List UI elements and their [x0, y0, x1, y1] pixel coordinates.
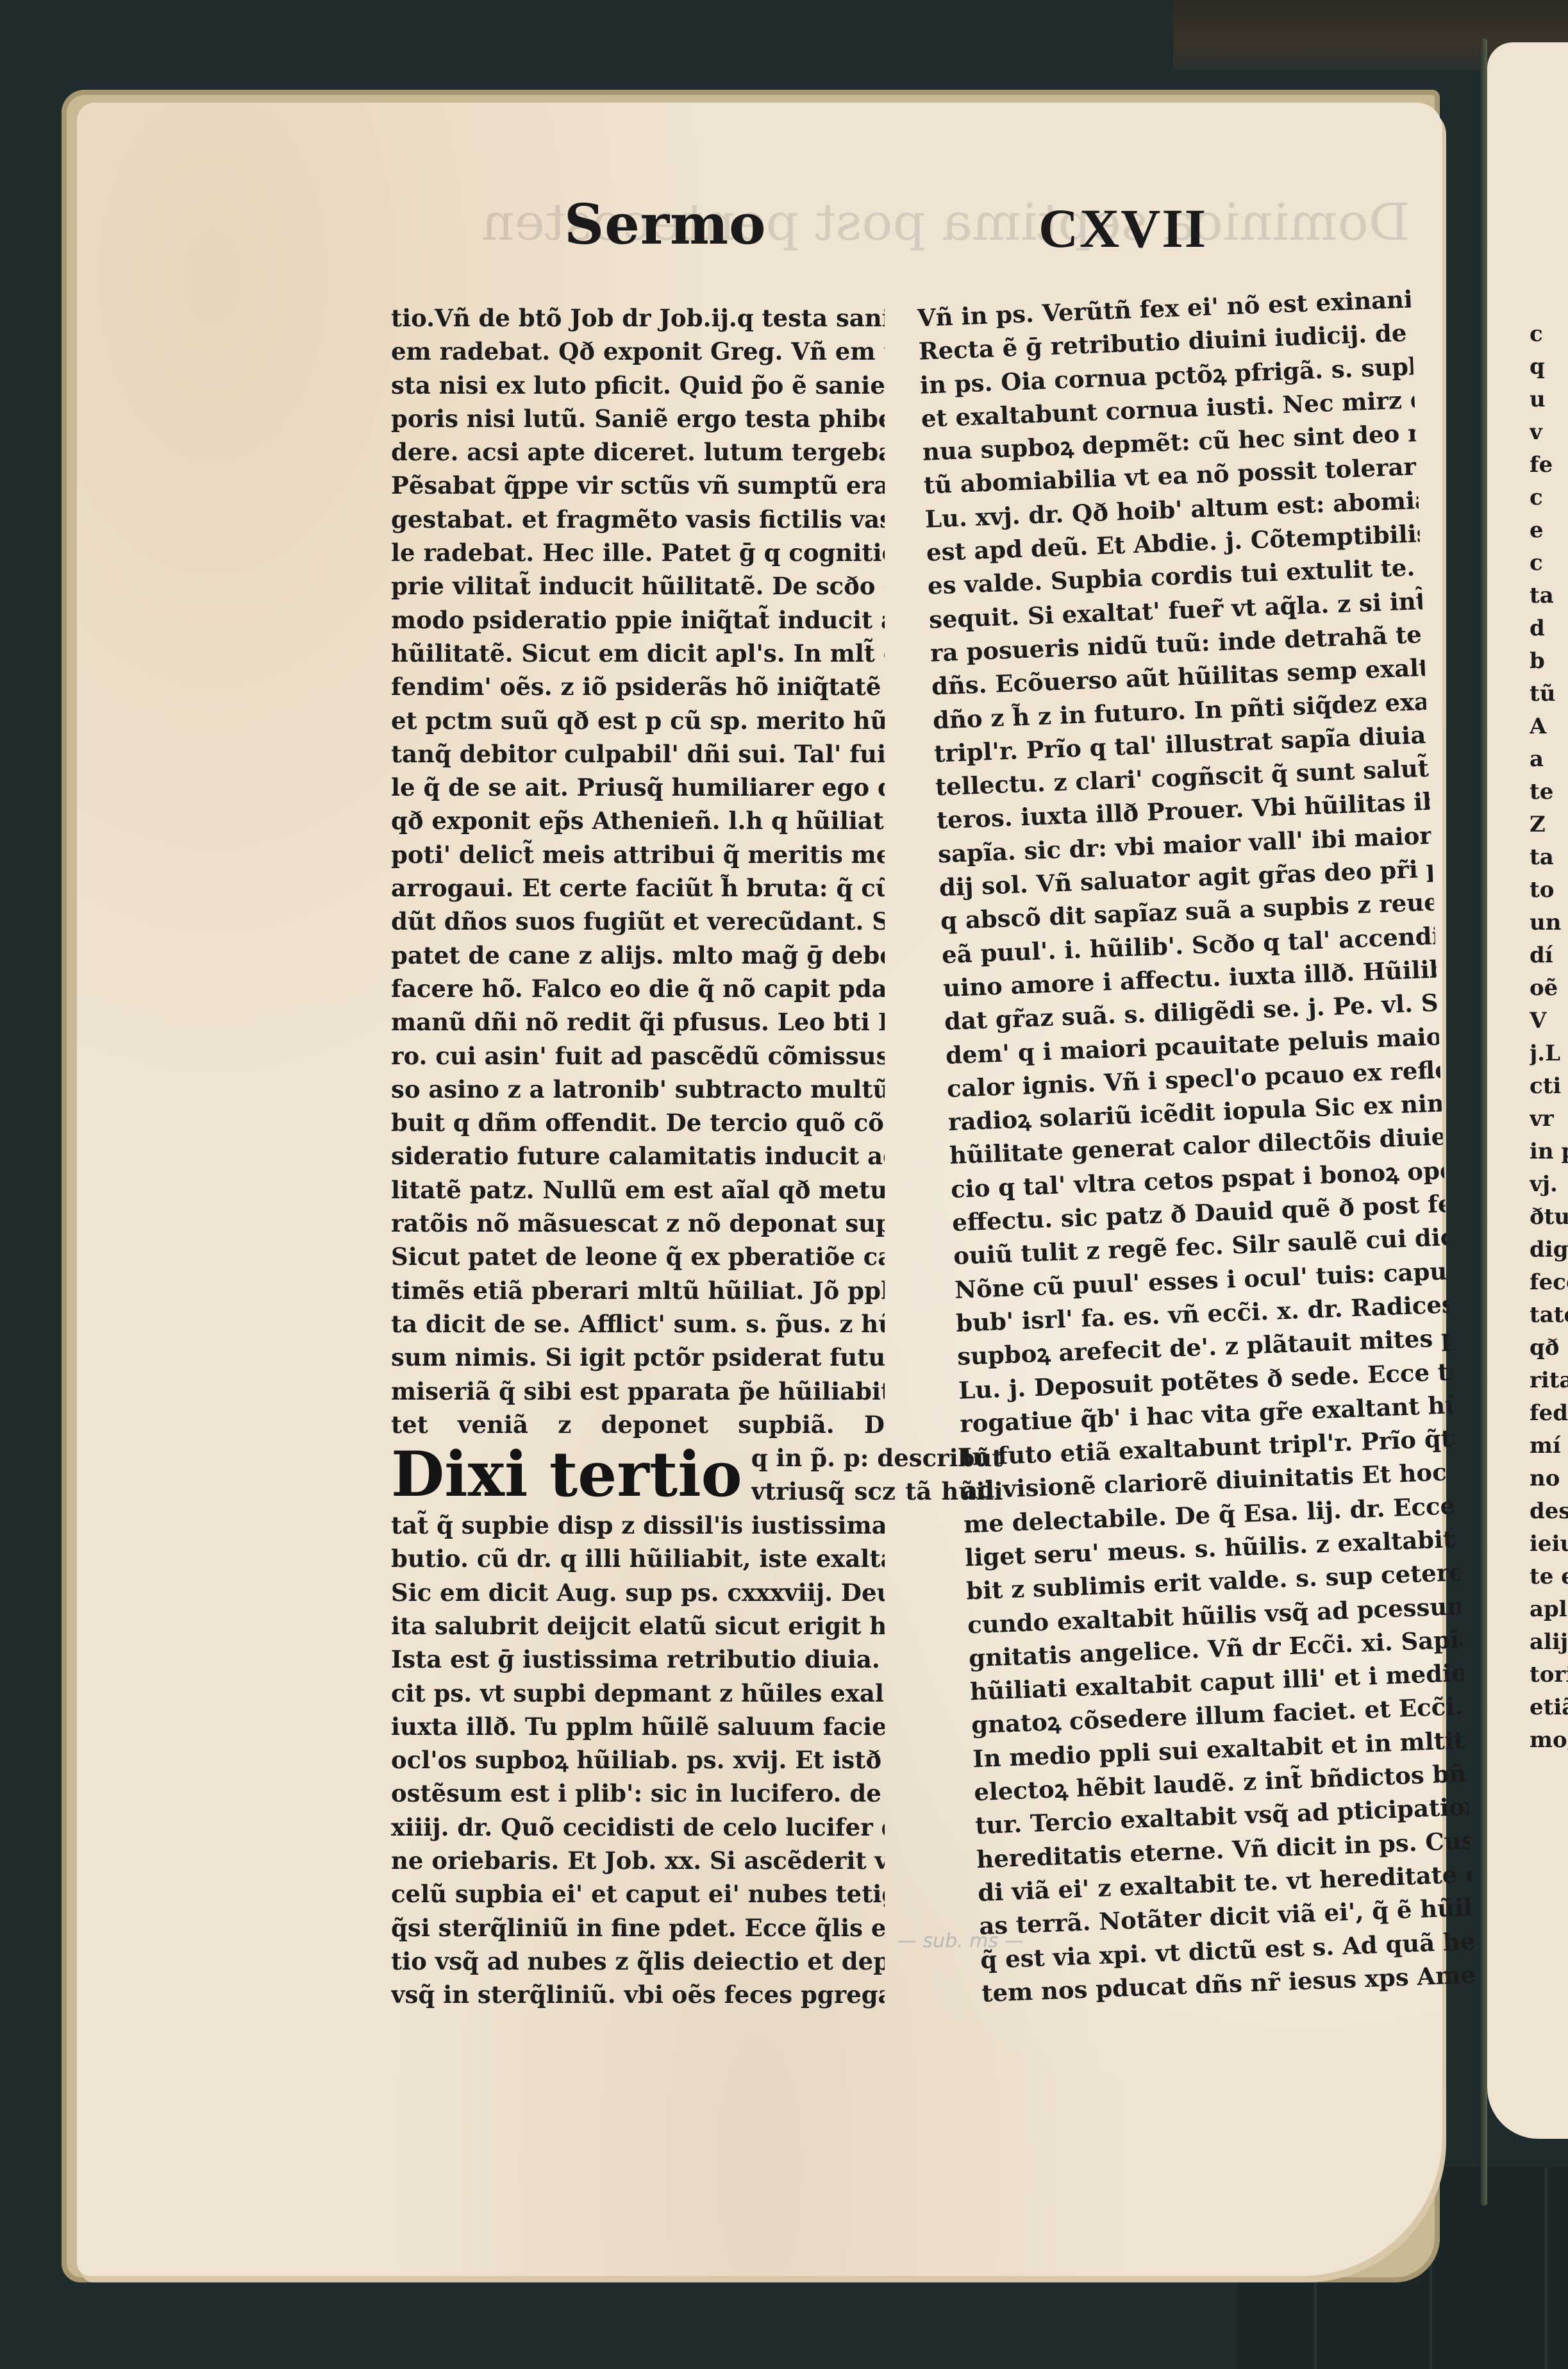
text-line: ðtu [1530, 1201, 1568, 1234]
text-line: vr [1530, 1103, 1568, 1135]
text-line: ta [1530, 841, 1568, 874]
text-line: te e [1530, 1561, 1568, 1593]
folio-number: CXVII [1038, 196, 1207, 260]
text-line: arrogaui. Et certe faciũt h̃ bruta: q̃ c… [391, 871, 885, 905]
left-column-lines-before-initial: tio.Vñ de btõ Job dr Job.ij.q testa sani… [391, 301, 885, 1441]
text-line: prie vilitat̃ inducit hũilitatẽ. De scðo… [391, 569, 885, 603]
text-line: ita salubrit deijcit elatũ sicut erigit … [391, 1609, 885, 1643]
text-line: le radebat. Hec ille. Patet ḡ q cognitio… [391, 536, 885, 569]
text-line: modo psideratio ppie iniq̃tat̃ inducit a… [391, 603, 885, 637]
text-line: patet de cane z alijs. mlto mag̃ ḡ debet… [391, 939, 885, 972]
text-line: buit q dñm offendit. De tercio quõ cõ- [391, 1106, 885, 1139]
text-line: celũ supbia ei' et caput ei' nubes tetig… [391, 1877, 885, 1911]
text-line: tet veniã z deponet supbiã. D [391, 1408, 885, 1441]
text-line: te [1530, 776, 1568, 808]
decorated-initial-heading: Dixi tertio [391, 1441, 742, 1508]
text-line: c [1530, 481, 1568, 514]
running-head: Sermo CXVII [564, 192, 1205, 263]
text-line: fe [1530, 449, 1568, 481]
running-head-title: Sermo [564, 192, 767, 257]
text-line: Ista est ḡ iustissima retributio diuia. … [391, 1643, 885, 1676]
text-line: fecc [1530, 1266, 1568, 1299]
pencil-marginal-note: — sub. ms — [897, 1930, 1024, 1952]
text-line: ieiu [1530, 1528, 1568, 1561]
text-line: sum nimis. Si igit pctõr psiderat futura… [391, 1341, 885, 1374]
text-line: Pẽsabat q̃ppe vir sctũs vñ sumptũ erat q… [391, 469, 885, 502]
text-line: ostẽsum est i plib': sic in lucifero. de… [391, 1777, 885, 1810]
text-line: gestabat. et fragmẽto vasis fictilis vas… [391, 503, 885, 536]
text-line: qð [1530, 1332, 1568, 1364]
text-line: tat̃ q̃ supbie disp z dissil'is iustissi… [391, 1509, 885, 1542]
text-line: tũ [1530, 678, 1568, 710]
text-line: dũt dños suos fugiũt et verecũdant. Sic [391, 905, 885, 938]
text-line: hũilitatẽ. Sicut em dicit apl's. In mlt̃… [391, 637, 885, 670]
text-line: Sicut patet de leone q̃ ex pberatiõe can… [391, 1240, 885, 1273]
text-line: u [1530, 383, 1568, 416]
text-line: mo, [1530, 1724, 1568, 1757]
text-line: dig [1530, 1234, 1568, 1266]
text-line: tori [1530, 1659, 1568, 1691]
text-line: poti' delict̃ meis attribui q̃ meritis m… [391, 838, 885, 871]
text-line: qð exponit ep̃s Athenieñ. l.h q hũiliat'… [391, 804, 885, 837]
text-line: etiã [1530, 1691, 1568, 1724]
text-line: le q̃ de se ait. Priusq̃ humiliarer ego … [391, 771, 885, 804]
text-line: V [1530, 1005, 1568, 1037]
text-line: xiiij. dr. Quõ cecidisti de celo lucifer… [391, 1811, 885, 1844]
text-line: timẽs etiã pberari mltũ hũiliat. Jõ pphe… [391, 1274, 885, 1307]
text-line: butio. cũ dr. q illi hũiliabit, iste exa… [391, 1542, 885, 1575]
text-line: oẽ [1530, 972, 1568, 1005]
text-line: c [1530, 318, 1568, 351]
initial-heading-row: Dixi tertio q in p̃. p: describũtvtriusq… [391, 1441, 885, 1509]
text-line: c [1530, 547, 1568, 580]
left-column-lines-after-initial: tat̃ q̃ supbie disp z dissil'is iustissi… [391, 1509, 885, 2011]
text-line: miseriã q̃ sibi est pparata p̃e hũiliabi… [391, 1375, 885, 1408]
text-line: A [1530, 710, 1568, 743]
text-line: fed [1530, 1397, 1568, 1430]
text-line: no [1530, 1462, 1568, 1495]
text-line: em radebat. Qð exponit Greg. Vñ em te- [391, 335, 885, 368]
text-line: vsq̃ in sterq̃liniũ. vbi oẽs feces pgreg… [391, 1978, 885, 2011]
text-line: tio vsq̃ ad nubes z q̃lis deiectio et de… [391, 1945, 885, 1978]
text-line: tio.Vñ de btõ Job dr Job.ij.q testa sani [391, 301, 885, 335]
text-line: Sic em dicit Aug. sup ps. cxxxviij. Deus [391, 1576, 885, 1609]
text-line: vj. [1530, 1168, 1568, 1201]
facing-page-text-fragments: cquvfecectadbtũAateZtatoundíoẽVj.Lctivri… [1530, 318, 1568, 1757]
text-line: so asino z a latronib' subtracto multũ e… [391, 1073, 885, 1106]
text-line: cti [1530, 1070, 1568, 1103]
text-line: q [1530, 351, 1568, 383]
text-line: ocl'os supboꝝ hũiliab. ps. xvij. Et istð… [391, 1743, 885, 1777]
text-line: b [1530, 645, 1568, 678]
text-line: to [1530, 874, 1568, 907]
text-line: sideratio future calamitatis inducit ad … [391, 1139, 885, 1173]
text-line: mí [1530, 1430, 1568, 1462]
text-line: dí [1530, 939, 1568, 972]
text-line: v [1530, 416, 1568, 449]
text-line: d [1530, 612, 1568, 645]
text-line: in p [1530, 1135, 1568, 1168]
text-line: et pctm suũ qð est p cũ sp. merito hũili… [391, 704, 885, 737]
text-line: facere hõ. Falco eo die q̃ nõ capit pdaz… [391, 972, 885, 1005]
text-line: manũ dñi nõ redit q̃i pfusus. Leo bti Hi… [391, 1005, 885, 1039]
text-line: litatẽ patz. Nullũ em est aĩal qð metu p… [391, 1173, 885, 1207]
left-text-column: tio.Vñ de btõ Job dr Job.ij.q testa sani… [391, 301, 885, 2012]
text-line: ne oriebaris. Et Job. xx. Si ascẽderit v… [391, 1844, 885, 1877]
text-line: e [1530, 514, 1568, 547]
text-line: ro. cui asin' fuit ad pascẽdũ cõmissus: … [391, 1039, 885, 1073]
book-gutter [1481, 38, 1487, 2206]
text-line: iuxta illð. Tu pplm hũilẽ saluum facies.… [391, 1710, 885, 1743]
text-line: ta [1530, 580, 1568, 612]
text-line: cit ps. vt supbi depmant z hũiles exalte… [391, 1677, 885, 1710]
text-line: poris nisi lutũ. Saniẽ ergo testa phibet… [391, 402, 885, 435]
text-line: alij [1530, 1626, 1568, 1659]
text-line: ta dicit de se. Afflict' sum. s. p̃us. z… [391, 1307, 885, 1341]
right-text-column: Vñ in ps. Verũtñ fex ei' nõ est exinanit… [917, 282, 1476, 2010]
text-line: Z [1530, 808, 1568, 841]
text-line: apl [1530, 1593, 1568, 1626]
text-line: a [1530, 743, 1568, 776]
text-line: rita [1530, 1364, 1568, 1397]
text-line: un [1530, 907, 1568, 939]
text-line: dere. acsi apte diceret. lutum tergebat … [391, 435, 885, 469]
text-line: j.L [1530, 1037, 1568, 1070]
text-line: sta nisi ex luto pficit. Quid p̃o ẽ sani… [391, 369, 885, 402]
text-line: des [1530, 1495, 1568, 1528]
text-line: tate [1530, 1299, 1568, 1332]
facing-page: cquvfecectadbtũAateZtatoundíoẽVj.Lctivri… [1487, 42, 1568, 2139]
text-line: q̃si sterq̃liniũ in fine pdet. Ecce q̃li… [391, 1911, 885, 1945]
text-line: tanq̃ debitor culpabil' dñi sui. Tal' fu… [391, 737, 885, 771]
text-line: fendim' oẽs. z iõ psiderãs hõ iniq̃tatẽ … [391, 670, 885, 703]
text-line: ratõis nõ mãsuescat z nõ deponat supbiã. [391, 1207, 885, 1240]
